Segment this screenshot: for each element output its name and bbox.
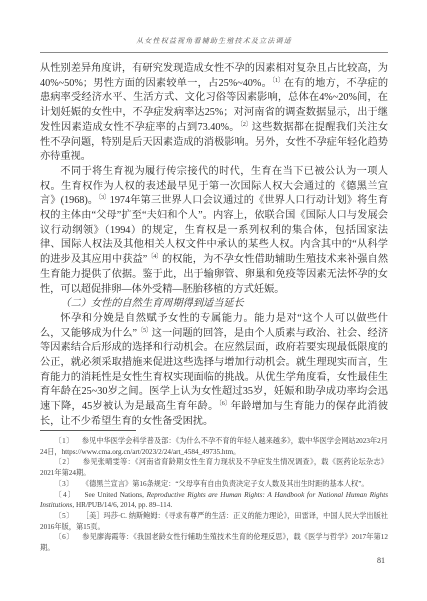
footnote-separator: [40, 430, 136, 431]
footnote: 〔1〕参见中华医学会科学普及部：《为什么不孕不育的年轻人越来越多》，载中华医学会…: [40, 436, 388, 457]
body-paragraph: 不同于将生育视为履行传宗接代的时代，生育在当下已被公认为一项人权。生育权作为人权…: [40, 165, 388, 297]
footnote-text: 参见廖海霞等：《我国老龄女性行辅助生殖技术生育的伦理反思》，载《医学与哲学》20…: [40, 533, 388, 552]
footnote-text: See United Nations,: [84, 491, 146, 499]
footnote-reference: 〔5〕: [137, 327, 152, 334]
footnote-reference: 〔6〕: [219, 400, 231, 407]
footnote-text: ［美］玛莎·C. 纳斯鲍姆：《寻求有尊严的生活：正义的能力理论》，田雷译，中国人…: [40, 512, 388, 531]
footnote-text: 参见张晴雯等：《河南省育龄期女性生育力现状及不孕症发生情况调查》，载《医药论坛杂…: [40, 458, 388, 477]
footnote-reference: 〔3〕: [98, 194, 109, 201]
footnote-text: , HR/PUB/14/6, 2014, pp. 89–114.: [72, 501, 172, 509]
footnote-reference: 〔2〕: [240, 121, 252, 128]
footnote-marker: 〔2〕: [54, 458, 74, 466]
text-run: （二）女性的自然生育周期得到适当延长: [60, 298, 243, 309]
footnote: 〔3〕《德黑兰宣言》第16条规定：“父母享有自由负责决定子女人数及其出生时距的基…: [40, 479, 388, 490]
section-heading: （二）女性的自然生育周期得到适当延长: [40, 297, 388, 312]
text-run: 这一问题的回答，是由个人质素与政治、社会、经济等因素结合后形成的选择和行动机会。…: [40, 328, 388, 413]
footnote-marker: 〔6〕: [54, 533, 74, 541]
footnotes-block: 〔1〕参见中华医学会科学普及部：《为什么不孕不育的年轻人越来越多》，载中华医学会…: [40, 436, 388, 554]
page-number: 81: [377, 556, 385, 565]
footnote-reference: 〔1〕: [272, 77, 284, 84]
body-paragraph: 从性别差异角度讲，有研究发现造成女性不孕的因素相对复杂且占比较高，为40%~50…: [40, 62, 388, 165]
footnote: 〔6〕参见廖海霞等：《我国老龄女性行辅助生殖技术生育的伦理反思》，载《医学与哲学…: [40, 532, 388, 553]
footnote-marker: 〔5〕: [54, 512, 74, 520]
document-page: 从女性权益视角看辅助生殖技术及立法调适 从性别差异角度讲，有研究发现造成女性不孕…: [0, 0, 427, 601]
footnote-reference: 〔4〕: [147, 253, 162, 260]
body-text: 从性别差异角度讲，有研究发现造成女性不孕的因素相对复杂且占比较高，为40%~50…: [40, 62, 388, 430]
footnote-marker: 〔3〕: [54, 480, 73, 488]
footnote: 〔4〕See United Nations, Reproductive Righ…: [40, 490, 388, 511]
running-header-title: 从女性权益视角看辅助生殖技术及立法调适: [40, 36, 388, 46]
body-paragraph: 怀孕和分娩是自然赋予女性的专属能力。能力是对“这个人可以做些什么，又能够成为什么…: [40, 312, 388, 430]
footnote-text: 参见中华医学会科学普及部：《为什么不孕不育的年轻人越来越多》，载中华医学会网站2…: [40, 437, 388, 456]
footnote-marker: 〔4〕: [54, 491, 76, 499]
footnote: 〔5〕［美］玛莎·C. 纳斯鲍姆：《寻求有尊严的生活：正义的能力理论》，田雷译，…: [40, 511, 388, 532]
header-rule: [40, 52, 388, 53]
footnote: 〔2〕参见张晴雯等：《河南省育龄期女性生育力现状及不孕症发生情况调查》，载《医药…: [40, 457, 388, 478]
footnote-marker: 〔1〕: [54, 437, 74, 445]
footnote-text: 《德黑兰宣言》第16条规定：“父母享有自由负责决定子女人数及其出生时距的基本人权…: [82, 480, 369, 488]
